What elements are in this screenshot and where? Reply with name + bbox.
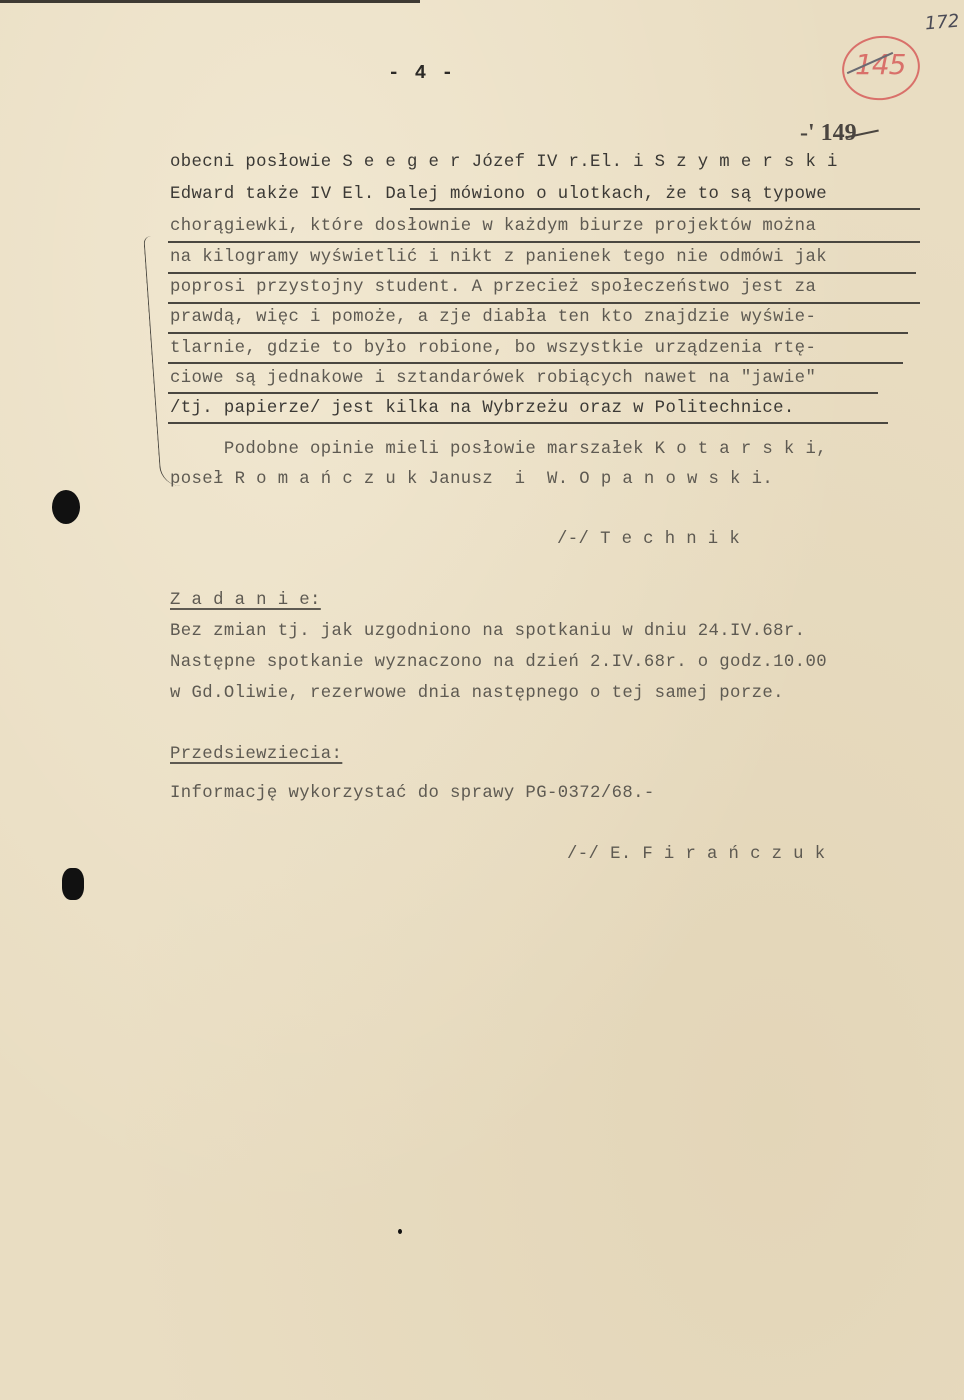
section-heading-measures: Przedsiewziecia: — [170, 745, 342, 765]
scan-edge — [0, 0, 420, 3]
task-line: w Gd.Oliwie, rezerwowe dnia następnego o… — [170, 684, 784, 704]
document-page: 172 145 - 4 - -' 149 obecni posłowie S e… — [0, 0, 964, 1400]
pencil-underline — [410, 208, 920, 210]
paragraph1-line: Edward także IV El. Dalej mówiono o ulot… — [170, 185, 827, 205]
signature-firanczuk: /-/ E. F i r a ń c z u k — [567, 845, 826, 865]
task-line: Następne spotkanie wyznaczono na dzień 2… — [170, 653, 827, 673]
pencil-underline — [168, 241, 920, 243]
paragraph1-line: na kilogramy wyświetlić i nikt z paniene… — [170, 248, 827, 268]
pencil-underline — [168, 332, 908, 334]
pencil-underline — [168, 392, 878, 394]
paragraph1-line: prawdą, więc i pomoże, a zje diabła ten … — [170, 308, 816, 328]
punch-hole — [52, 490, 80, 524]
paragraph1-line: poprosi przystojny student. A przecież s… — [170, 278, 816, 298]
sheet-number: -' 149 — [800, 120, 857, 147]
pencil-underline — [168, 302, 920, 304]
measures-line: Informację wykorzystać do sprawy PG-0372… — [170, 784, 655, 804]
ink-speck — [398, 1229, 402, 1234]
page-marker: - 4 - — [388, 62, 455, 84]
pencil-underline — [168, 422, 888, 424]
punch-hole — [62, 868, 84, 900]
section-heading-task: Z a d a n i e: — [170, 591, 321, 611]
signature-technik: /-/ T e c h n i k — [557, 530, 740, 550]
task-line: Bez zmian tj. jak uzgodniono na spotkani… — [170, 622, 805, 642]
paragraph1-line: ciowe są jednakowe i sztandarówek robiąc… — [170, 369, 816, 389]
paragraph1-line: tlarnie, gdzie to było robione, bo wszys… — [170, 339, 816, 359]
paragraph2-line: Podobne opinie mieli posłowie marszałek … — [170, 440, 827, 460]
pencil-underline — [168, 362, 903, 364]
paragraph1-line: /tj. papierze/ jest kilka na Wybrzeżu or… — [170, 399, 795, 419]
archive-number: 172 — [924, 11, 960, 35]
paragraph1-line: chorągiewki, które dosłownie w każdym bi… — [170, 217, 816, 237]
paragraph1-line: obecni posłowie S e e g e r Józef IV r.E… — [170, 153, 838, 173]
paragraph2-line: poseł R o m a ń c z u k Janusz i W. O p … — [170, 470, 773, 490]
pencil-underline — [168, 272, 916, 274]
